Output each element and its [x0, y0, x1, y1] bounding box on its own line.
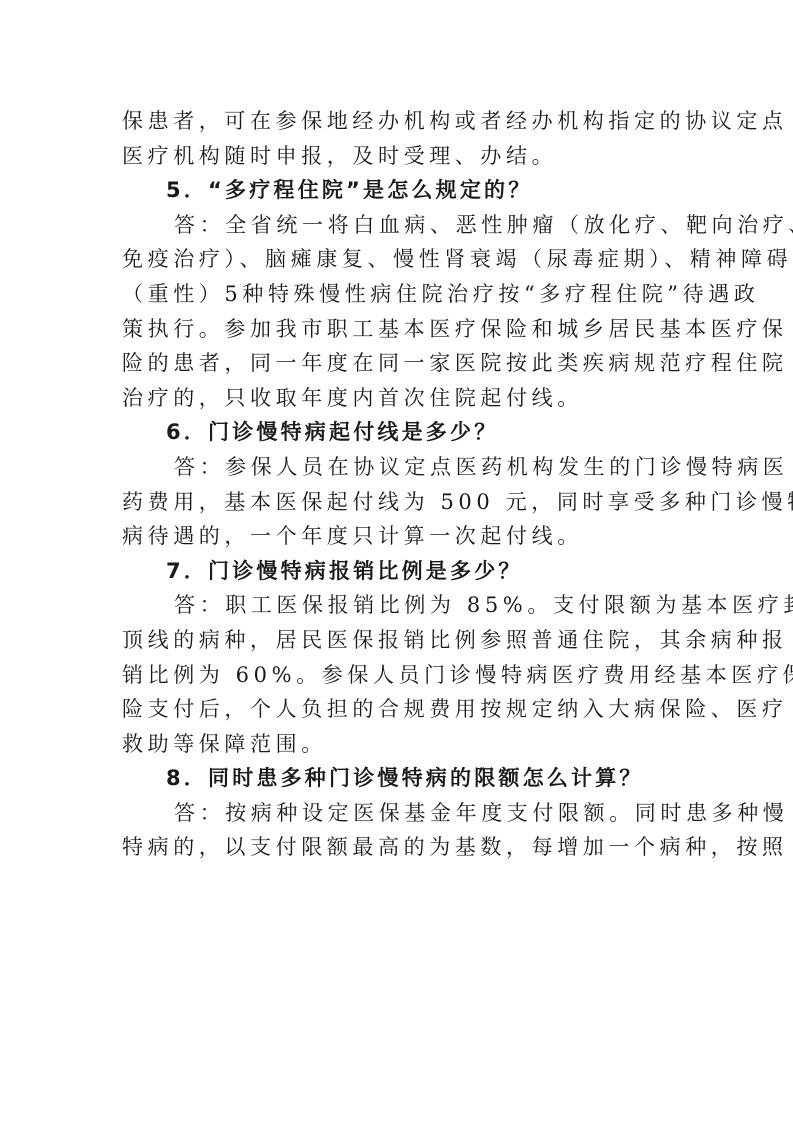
answer-line: 答：职工医保报销比例为 85%。支付限额为基本医疗封 — [122, 588, 674, 623]
answer-line: 顶线的病种，居民医保报销比例参照普通住院，其余病种报 — [122, 623, 674, 658]
answer-line: 答：按病种设定医保基金年度支付限额。同时患多种慢 — [122, 796, 674, 831]
answer-line: 答：全省统一将白血病、恶性肿瘤（放化疗、靶向治疗、 — [122, 208, 674, 243]
answer-line: 病待遇的，一个年度只计算一次起付线。 — [122, 519, 674, 554]
document-page: 保患者，可在参保地经办机构或者经办机构指定的协议定点 医疗机构随时申报，及时受理… — [122, 104, 674, 865]
question-heading-6: 6．门诊慢特病起付线是多少？ — [122, 415, 674, 450]
answer-line: 治疗的，只收取年度内首次住院起付线。 — [122, 381, 674, 416]
answer-line: 救助等保障范围。 — [122, 727, 674, 762]
paragraph-line: 保患者，可在参保地经办机构或者经办机构指定的协议定点 — [122, 104, 674, 139]
question-heading-5: 5．“多疗程住院”是怎么规定的？ — [122, 173, 674, 208]
answer-line: 免疫治疗）、脑瘫康复、慢性肾衰竭（尿毒症期）、精神障碍 — [122, 242, 674, 277]
answer-line: 药费用，基本医保起付线为 500 元，同时享受多种门诊慢特 — [122, 485, 674, 520]
answer-line: 险的患者，同一年度在同一家医院按此类疾病规范疗程住院 — [122, 346, 674, 381]
paragraph-line: 医疗机构随时申报，及时受理、办结。 — [122, 139, 674, 174]
answer-line: （重性）5种特殊慢性病住院治疗按“多疗程住院”待遇政 — [122, 277, 674, 312]
answer-line: 特病的，以支付限额最高的为基数，每增加一个病种，按照 — [122, 830, 674, 865]
answer-line: 销比例为 60%。参保人员门诊慢特病医疗费用经基本医疗保 — [122, 658, 674, 693]
answer-line: 策执行。参加我市职工基本医疗保险和城乡居民基本医疗保 — [122, 312, 674, 347]
answer-line: 险支付后，个人负担的合规费用按规定纳入大病保险、医疗 — [122, 692, 674, 727]
answer-line: 答：参保人员在协议定点医药机构发生的门诊慢特病医 — [122, 450, 674, 485]
question-heading-7: 7．门诊慢特病报销比例是多少？ — [122, 554, 674, 589]
question-heading-8: 8．同时患多种门诊慢特病的限额怎么计算？ — [122, 761, 674, 796]
